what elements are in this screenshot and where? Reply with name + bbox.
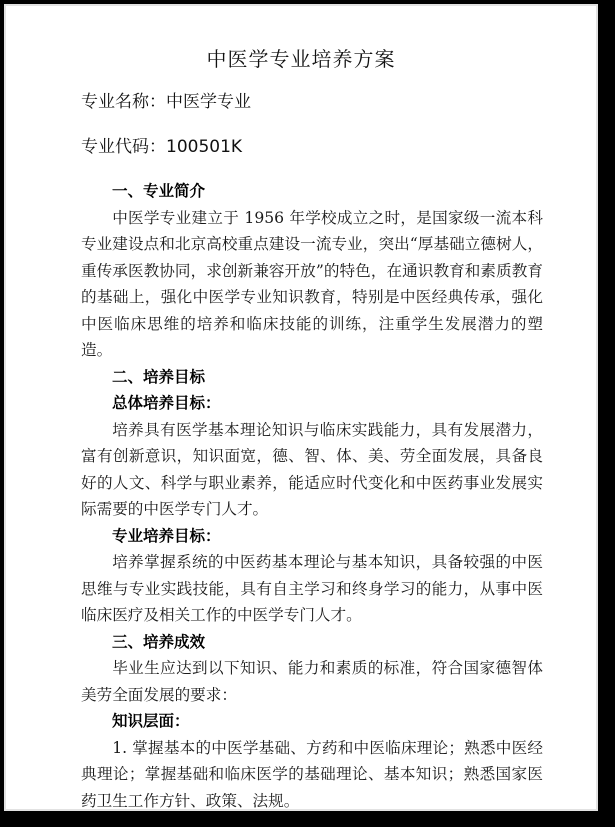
major-name-line: 专业名称：中医学专业 bbox=[81, 89, 251, 115]
subsection-heading-overall-objective: 总体培养目标： bbox=[81, 390, 543, 417]
professional-objective-paragraph: 培养掌握系统的中医药基本理论与基本知识，具备较强的中医思维与专业实践技能，具有自… bbox=[81, 549, 543, 629]
document-page: 中医学专业培养方案 专业名称：中医学专业 专业代码：100501K 一、专业简介… bbox=[4, 4, 598, 811]
document-title: 中医学专业培养方案 bbox=[6, 44, 596, 74]
section-heading-outcomes: 三、培养成效 bbox=[81, 629, 543, 656]
document-body: 一、专业简介 中医学专业建立于 1956 年学校成立之时，是国家级一流本科专业建… bbox=[81, 178, 543, 814]
major-code-line: 专业代码：100501K bbox=[81, 134, 242, 160]
major-code-label: 专业代码： bbox=[81, 137, 166, 157]
major-name-label: 专业名称： bbox=[81, 92, 166, 112]
knowledge-paragraph: 1. 掌握基本的中医学基础、方药和中医临床理论；熟悉中医经典理论；掌握基础和临床… bbox=[81, 735, 543, 815]
major-code-value: 100501K bbox=[166, 137, 242, 157]
overall-objective-paragraph: 培养具有医学基本理论知识与临床实践能力，具有发展潜力，富有创新意识，知识面宽，德… bbox=[81, 417, 543, 523]
introduction-paragraph: 中医学专业建立于 1956 年学校成立之时，是国家级一流本科专业建设点和北京高校… bbox=[81, 205, 543, 364]
outcomes-intro-paragraph: 毕业生应达到以下知识、能力和素质的标准，符合国家德智体美劳全面发展的要求： bbox=[81, 655, 543, 708]
subsection-heading-professional-objective: 专业培养目标： bbox=[81, 523, 543, 550]
major-name-value: 中医学专业 bbox=[166, 92, 251, 112]
subsection-heading-knowledge: 知识层面： bbox=[81, 708, 543, 735]
section-heading-introduction: 一、专业简介 bbox=[81, 178, 543, 205]
section-heading-objectives: 二、培养目标 bbox=[81, 364, 543, 391]
